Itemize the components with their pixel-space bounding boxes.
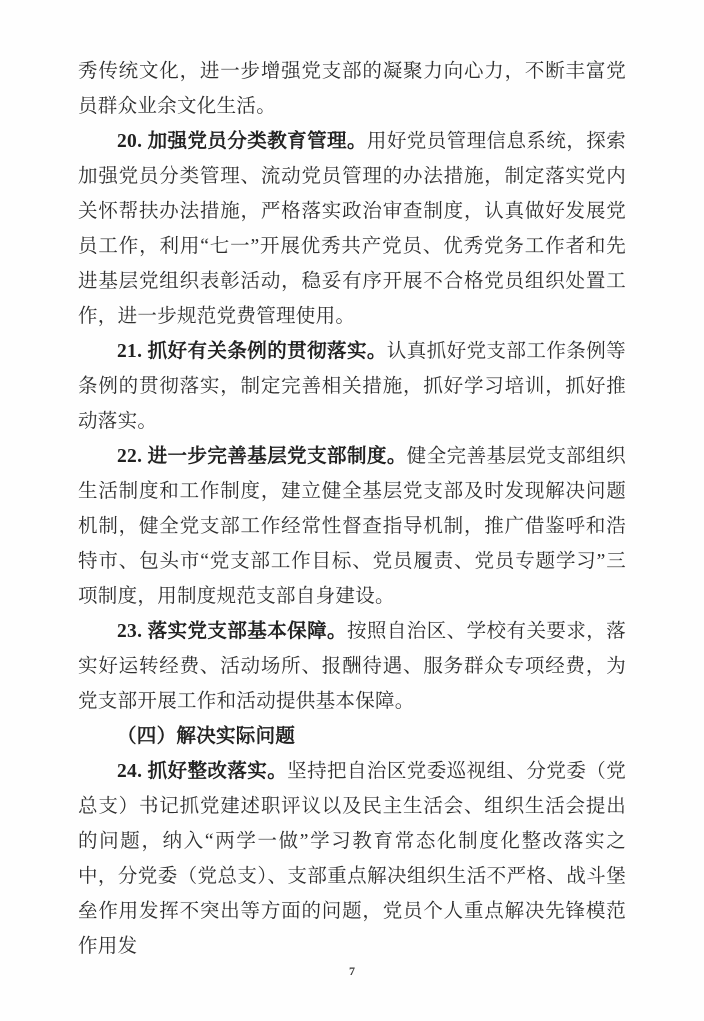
- section-heading-text: （四）解决实际问题: [117, 726, 295, 747]
- paragraph-item-20: 20. 加强党员分类教育管理。用好党员管理信息系统，探索加强党员分类管理、流动党…: [78, 124, 626, 334]
- paragraph-item-23: 23. 落实党支部基本保障。按照自治区、学校有关要求，落实好运转经费、活动场所、…: [78, 614, 626, 719]
- document-text-block: 秀传统文化，进一步增强党支部的凝聚力向心力，不断丰富党员群众业余文化生活。 20…: [78, 54, 626, 964]
- paragraph-continuation: 秀传统文化，进一步增强党支部的凝聚力向心力，不断丰富党员群众业余文化生活。: [78, 54, 626, 124]
- section-heading-four: （四）解决实际问题: [78, 719, 626, 754]
- paragraph-item-24: 24. 抓好整改落实。坚持把自治区党委巡视组、分党委（党总支）书记抓党建述职评议…: [78, 754, 626, 964]
- paragraph-item-22: 22. 进一步完善基层党支部制度。健全完善基层党支部组织生活制度和工作制度，建立…: [78, 439, 626, 614]
- paragraph-body: 用好党员管理信息系统，探索加强党员分类管理、流动党员管理的办法措施，制定落实党内…: [78, 131, 626, 327]
- paragraph-body: 坚持把自治区党委巡视组、分党委（党总支）书记抓党建述职评议以及民主生活会、组织生…: [78, 761, 626, 957]
- paragraph-item-21: 21. 抓好有关条例的贯彻落实。认真抓好党支部工作条例等条例的贯彻落实，制定完善…: [78, 334, 626, 439]
- paragraph-lead: 20. 加强党员分类教育管理。: [117, 131, 367, 152]
- paragraph-lead: 21. 抓好有关条例的贯彻落实。: [117, 341, 387, 362]
- paragraph-lead: 23. 落实党支部基本保障。: [117, 621, 347, 642]
- paragraph-lead: 24. 抓好整改落实。: [117, 761, 287, 782]
- paragraph-text: 秀传统文化，进一步增强党支部的凝聚力向心力，不断丰富党员群众业余文化生活。: [78, 61, 626, 117]
- page-number: 7: [0, 964, 704, 979]
- paragraph-lead: 22. 进一步完善基层党支部制度。: [117, 446, 407, 467]
- document-page: 秀传统文化，进一步增强党支部的凝聚力向心力，不断丰富党员群众业余文化生活。 20…: [0, 0, 704, 1021]
- paragraph-body: 健全完善基层党支部组织生活制度和工作制度，建立健全基层党支部及时发现解决问题机制…: [78, 446, 626, 607]
